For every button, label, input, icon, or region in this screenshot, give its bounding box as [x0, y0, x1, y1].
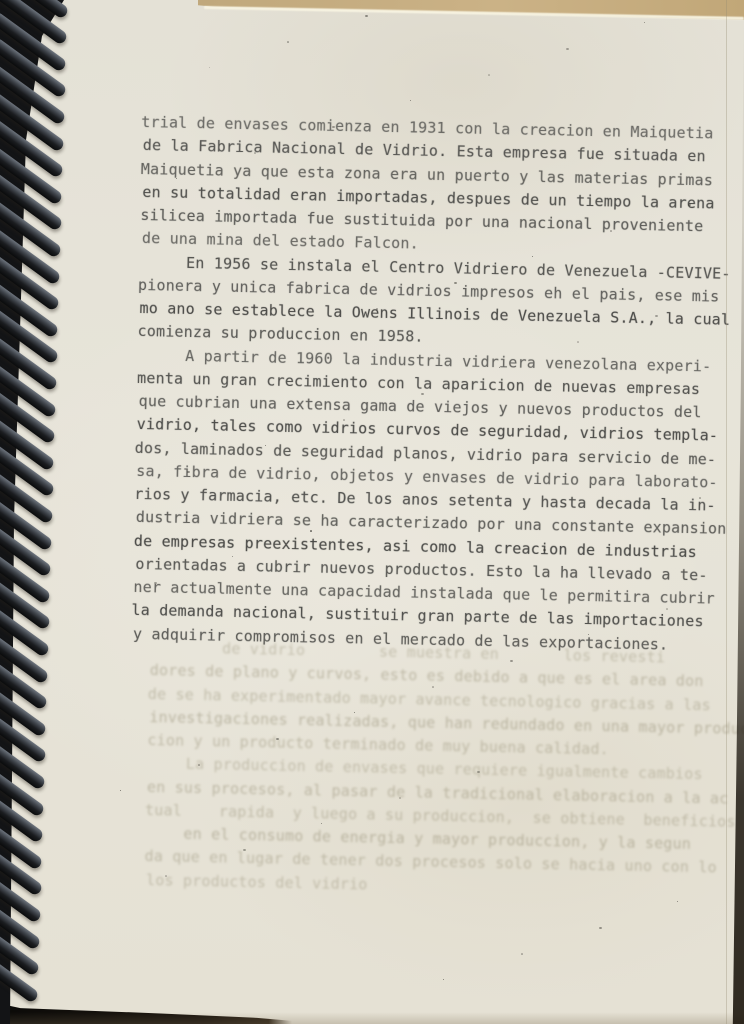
dust-speck: [610, 230, 612, 232]
dust-speck: [499, 367, 500, 368]
scanned-page: de vidrio se muestra en los revestidores…: [0, 0, 744, 1024]
dust-speck: [310, 530, 312, 532]
bleedthrough-text: de vidrio se muestra en los revestidores…: [145, 636, 730, 903]
dust-speck: [365, 15, 368, 17]
dust-speck: [209, 67, 210, 68]
dust-speck: [432, 686, 434, 688]
dust-speck: [232, 556, 233, 557]
dust-speck: [254, 152, 256, 154]
dust-speck: [120, 790, 121, 791]
dust-speck: [176, 178, 177, 179]
dust-speck: [699, 497, 701, 499]
dust-speck: [321, 823, 322, 824]
page-right-crease: [726, 0, 727, 1024]
dust-speck: [666, 608, 668, 610]
dust-speck: [488, 74, 490, 76]
dust-speck: [287, 41, 289, 43]
dust-speck: [410, 100, 411, 101]
dust-speck: [566, 48, 569, 50]
dust-speck: [577, 341, 579, 343]
dust-speck: [399, 797, 401, 799]
bottom-soft-shadow: [0, 1012, 744, 1024]
dust-speck: [443, 979, 444, 980]
typewritten-text: trial de envases comienza en 1931 con la…: [132, 111, 733, 657]
dust-speck: [354, 712, 355, 713]
dust-speck: [198, 764, 200, 766]
dust-speck: [376, 308, 378, 310]
dust-speck: [143, 289, 144, 290]
dust-speck: [521, 953, 523, 955]
dust-speck: [621, 523, 622, 524]
dust-speck: [588, 634, 589, 635]
dust-speck: [599, 927, 602, 929]
dust-speck: [532, 256, 533, 257]
dust-speck: [677, 901, 678, 902]
dust-speck: [644, 22, 645, 23]
dust-speck: [343, 419, 345, 421]
dust-speck: [265, 445, 266, 446]
dust-speck: [165, 875, 167, 877]
